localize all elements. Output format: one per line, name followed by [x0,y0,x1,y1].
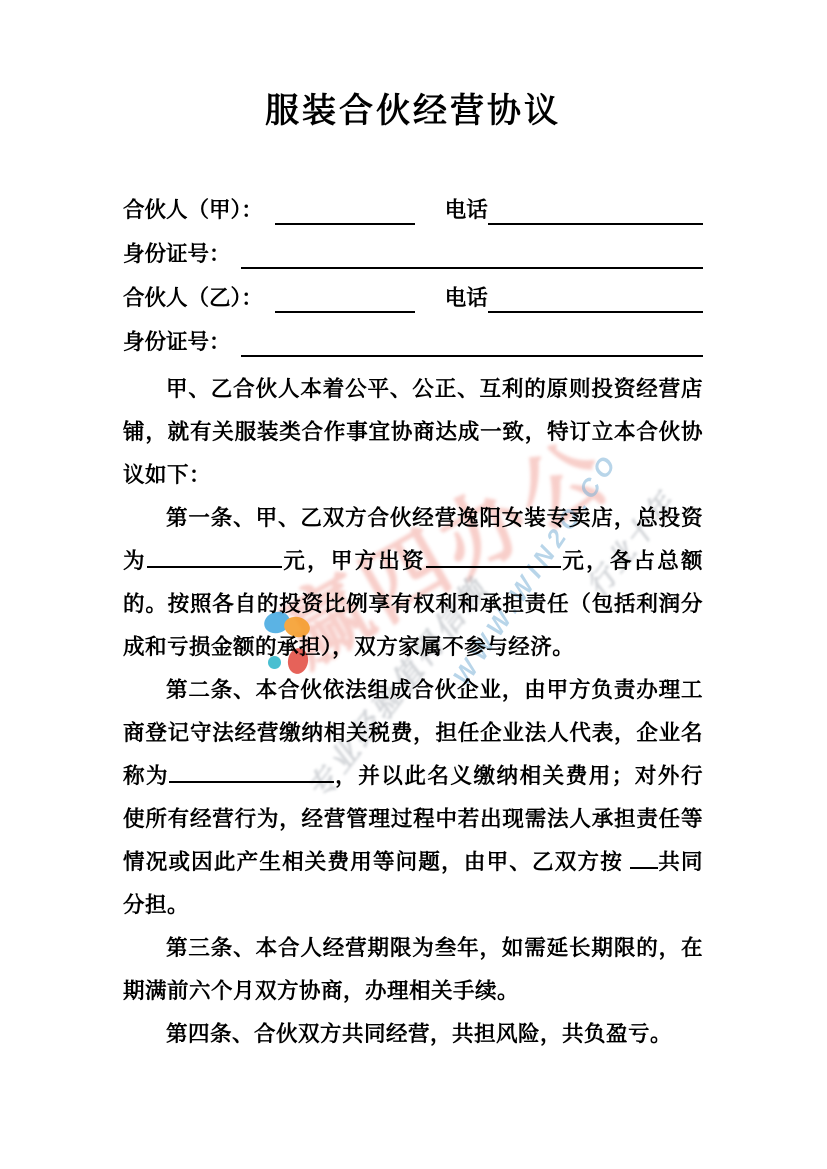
party-b-label: 合伙人（乙）： [123,278,263,318]
company-name-blank [169,760,334,784]
party-a-id-label: 身份证号： [123,234,231,274]
party-b-id-blank [241,331,703,357]
page-title: 服装合伙经营协议 [123,88,703,136]
party-a-id-row: 身份证号： [123,230,703,274]
article-4-paragraph: 第四条、合伙双方共同经营，共担风险，共负盈亏。 [123,1013,703,1056]
document-page: 赢四办公 WWW.WIN2O.CO 专业经验值得信赖 行业十年 服装合伙经营协议… [0,0,827,1169]
party-b-name-blank [275,287,415,313]
article-4-text: 第四条、合伙双方共同经营，共担风险，共负盈亏。 [166,1022,672,1046]
party-a-id-blank [241,243,703,269]
party-a-phone-blank [488,199,703,225]
party-b-phone-label: 电话 [445,278,488,318]
article-1-paragraph: 第一条、甲、乙双方合伙经营逸阳女装专卖店，总投资为元，甲方出资元，各占总额的。按… [123,497,703,669]
intro-paragraph: 甲、乙合伙人本着公平、公正、互利的原则投资经营店铺，就有关服装类合作事宜协商达成… [123,368,703,497]
party-a-phone-label: 电话 [445,190,488,230]
intro-text: 甲、乙合伙人本着公平、公正、互利的原则投资经营店铺，就有关服装类合作事宜协商达成… [123,377,703,487]
article-1-text: 元，甲方出资 [282,549,426,573]
document-content: 服装合伙经营协议 合伙人（甲）： 电话 身份证号： 合伙人（乙）： 电话 身份证… [123,0,703,1056]
party-b-id-label: 身份证号： [123,322,231,362]
total-investment-blank [147,545,282,569]
party-a-name-blank [275,199,415,225]
article-2-paragraph: 第二条、本合伙依法组成合伙企业，由甲方负责办理工商登记守法经营缴纳相关税费，担任… [123,669,703,927]
agreement-body: 甲、乙合伙人本着公平、公正、互利的原则投资经营店铺，就有关服装类合作事宜协商达成… [123,368,703,1056]
party-b-row: 合伙人（乙）： 电话 [123,274,703,318]
party-a-label: 合伙人（甲）： [123,190,263,230]
party-a-row: 合伙人（甲）： 电话 [123,186,703,230]
share-ratio-blank [630,846,658,870]
party-b-phone-blank [488,287,703,313]
article-3-paragraph: 第三条、本合人经营期限为叁年，如需延长期限的，在期满前六个月双方协商，办理相关手… [123,927,703,1013]
party-a-contribution-blank [426,545,561,569]
article-3-text: 第三条、本合人经营期限为叁年，如需延长期限的，在期满前六个月双方协商，办理相关手… [123,936,703,1003]
party-b-id-row: 身份证号： [123,318,703,362]
